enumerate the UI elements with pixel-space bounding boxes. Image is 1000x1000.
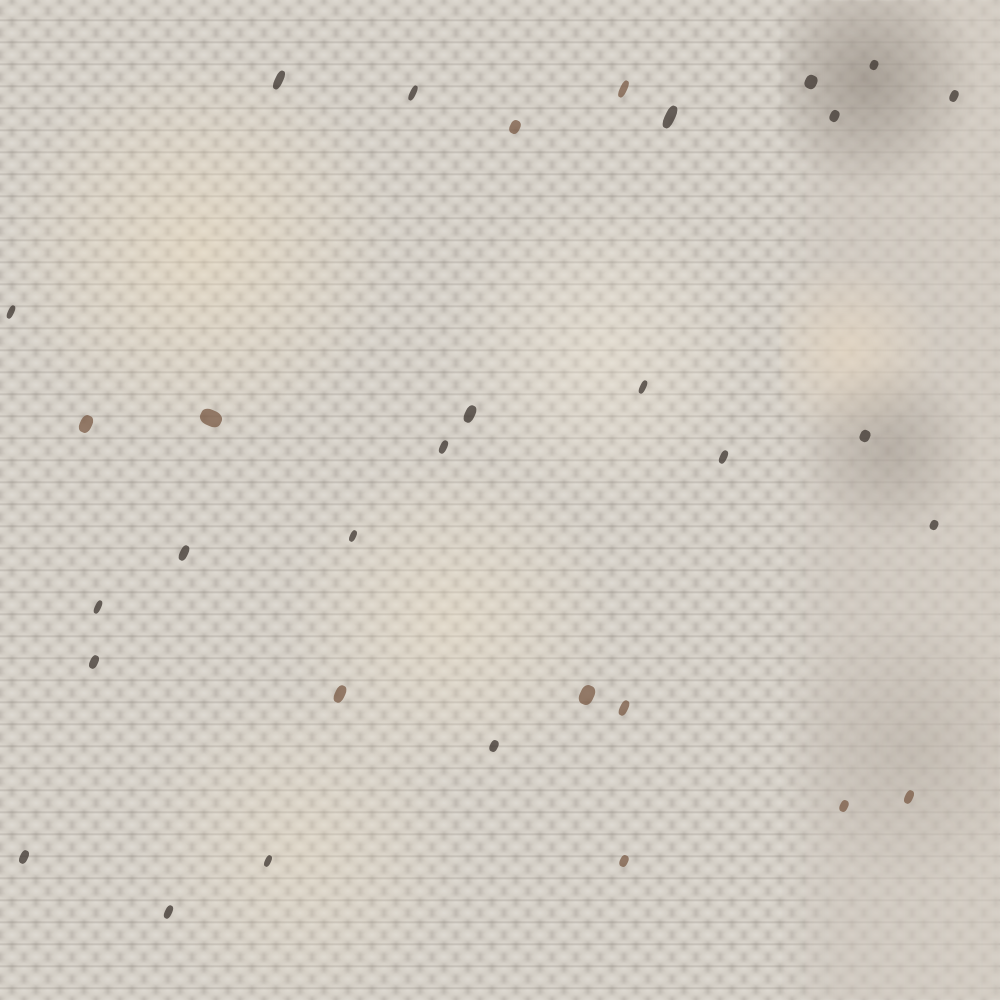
shaggy-region — [780, 0, 1000, 1000]
rug-texture-photo — [0, 0, 1000, 1000]
